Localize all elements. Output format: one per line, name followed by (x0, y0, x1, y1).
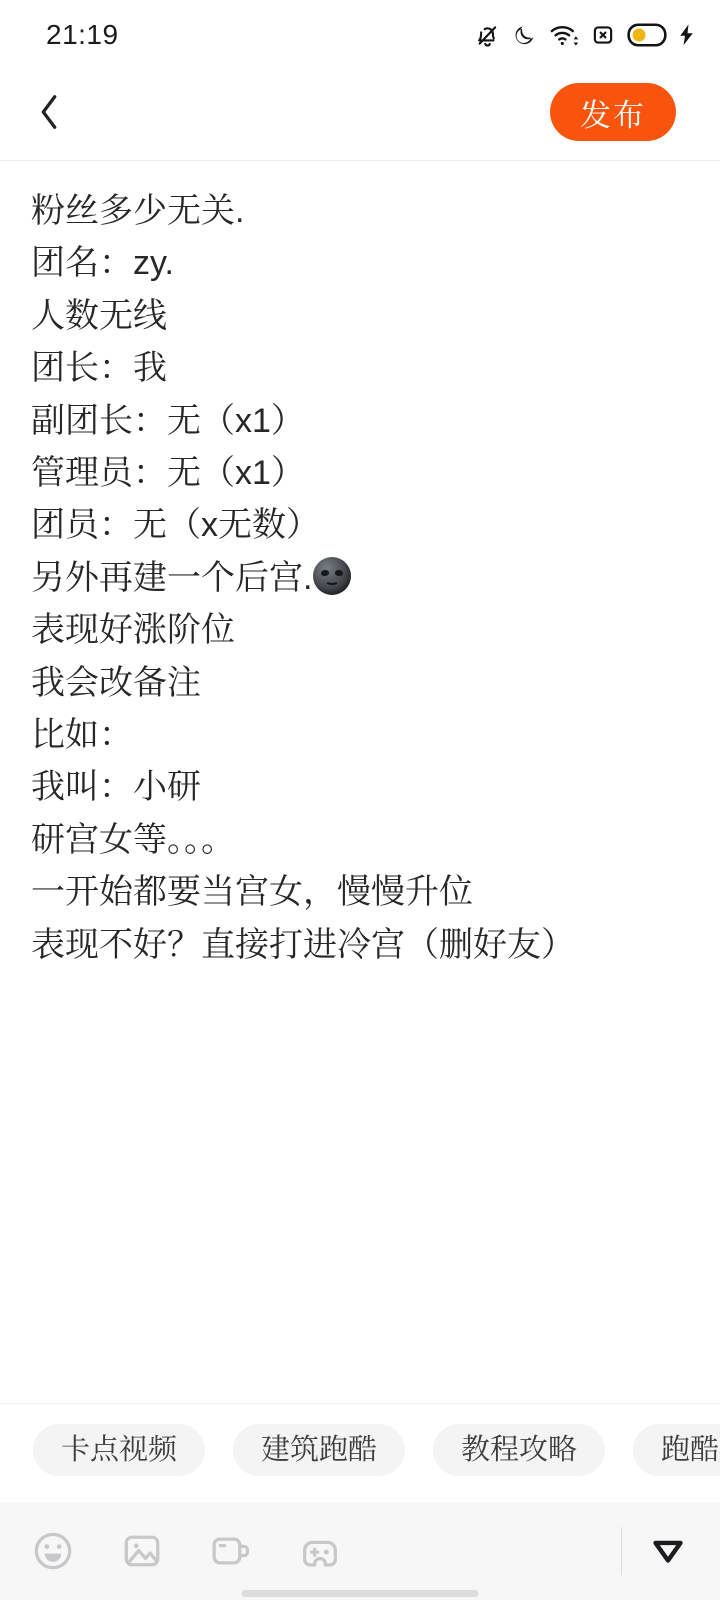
tags-divider (0, 1403, 720, 1404)
post-text-line: 表现不好？直接打进冷宫（删好友） (31, 919, 700, 971)
post-text-line: 团员：无（x无数） (31, 499, 700, 551)
nav-bar: 发布 (0, 64, 720, 160)
post-text-line: 表现好涨阶位 (31, 604, 700, 656)
battery-icon (627, 22, 668, 48)
keyboard-collapse-button[interactable] (646, 1529, 690, 1573)
post-text-line: 比如： (31, 709, 700, 761)
toolbar-right (621, 1502, 720, 1600)
tag-chip[interactable]: 教程攻略 (433, 1424, 605, 1476)
keyboard-collapse-triangle-icon (646, 1529, 690, 1573)
post-text-line: 另外再建一个后宫. (31, 552, 700, 604)
photo-icon (119, 1528, 165, 1574)
post-text-line: 团长：我 (31, 342, 700, 394)
keyboard-accessory-toolbar (0, 1502, 720, 1600)
post-text-line: 管理员：无（x1） (31, 447, 700, 499)
post-text-line: 人数无线 (31, 290, 700, 342)
post-text-line: 研宫女等。。。 (31, 814, 700, 866)
home-indicator-handle[interactable] (242, 1590, 479, 1597)
new-moon-face-emoji (313, 557, 351, 595)
game-controller-button[interactable] (297, 1528, 343, 1574)
post-text-line: 团名：zy. (31, 237, 700, 289)
emoji-smiley-button[interactable] (30, 1528, 76, 1574)
video-camera-icon (208, 1528, 254, 1574)
charging-bolt-icon (679, 22, 694, 48)
publish-button[interactable]: 发布 (550, 83, 676, 141)
post-text-line: 一开始都要当宫女，慢慢升位 (31, 866, 700, 918)
tag-chip[interactable]: 跑酷视频 (633, 1424, 720, 1476)
post-text-line: 我叫：小研 (31, 761, 700, 813)
tag-chip[interactable]: 建筑跑酷 (233, 1424, 405, 1476)
wifi-activity-icon (548, 21, 579, 49)
notifications-muted-icon (474, 22, 501, 49)
video-camera-button[interactable] (208, 1528, 254, 1574)
post-text-editor[interactable]: 粉丝多少无关.团名：zy.人数无线团长：我副团长：无（x1）管理员：无（x1）团… (0, 161, 720, 1403)
chevron-left-icon (36, 93, 62, 131)
status-time: 21:19 (46, 19, 119, 51)
post-text-line: 副团长：无（x1） (31, 395, 700, 447)
photo-button[interactable] (119, 1528, 165, 1574)
post-composer-screen: 21:19 (0, 0, 720, 1600)
tag-chip[interactable]: 卡点视频 (33, 1424, 205, 1476)
do-not-disturb-moon-icon (512, 23, 537, 48)
sim-missing-icon (590, 22, 616, 48)
emoji-smiley-icon (30, 1528, 76, 1574)
status-icons (474, 21, 694, 49)
tag-suggestions-row: 卡点视频建筑跑酷教程攻略跑酷视频 (33, 1424, 720, 1476)
post-text-line: 粉丝多少无关. (31, 185, 700, 237)
battery-fill (633, 29, 646, 42)
toolbar-vertical-divider (621, 1527, 622, 1575)
game-controller-icon (297, 1528, 343, 1574)
post-text-line: 我会改备注 (31, 657, 700, 709)
toolbar-icons (30, 1502, 343, 1600)
back-button[interactable] (36, 90, 70, 134)
status-bar: 21:19 (0, 0, 720, 64)
